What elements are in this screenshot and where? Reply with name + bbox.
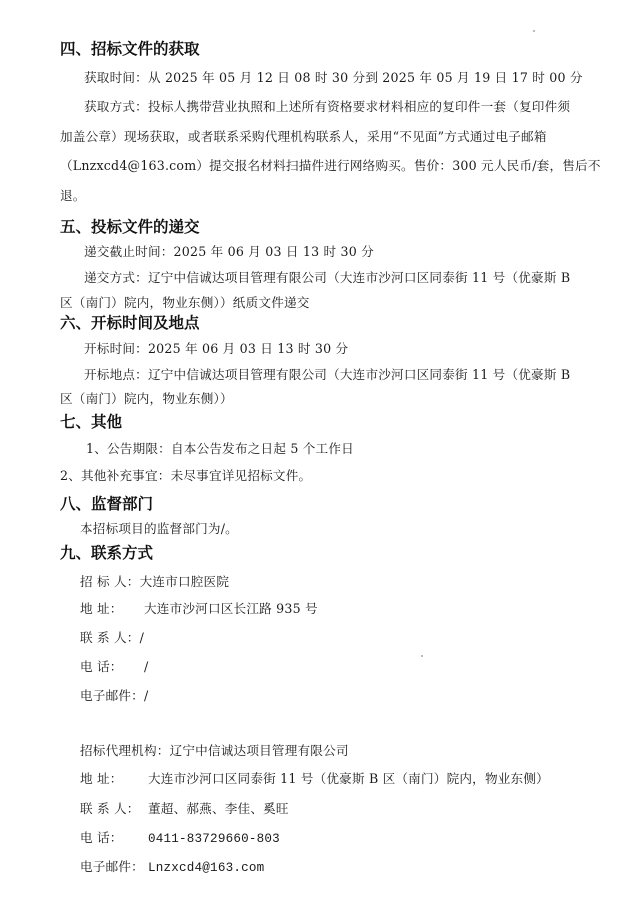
agency-phone: 0411-83729660-803 [148,832,280,846]
tenderer-address-label: 地 址： [80,601,144,617]
agency-contact-label: 联 系 人： [80,801,148,817]
agency-phone-row: 电 话：0411-83729660-803 [80,830,280,847]
agency-contact: 董超、郝燕、李佳、奚旺 [148,801,289,816]
acquisition-method-line-4: 退。 [60,188,86,204]
section-heading-9: 九、联系方式 [60,543,153,563]
section-heading-7: 七、其他 [60,412,122,432]
agency-contact-row: 联 系 人：董超、郝燕、李佳、奚旺 [80,801,289,817]
agency-email-label: 电子邮件： [80,859,148,875]
acquisition-method-line-3: （Lnzxcd4@163.com）提交报名材料扫描件进行网络购买。售价：300 … [60,158,601,174]
tenderer-name: 大连市口腔医院 [140,574,230,589]
acquisition-method-line-2: 加盖公章）现场获取，或者联系采购代理机构联系人，采用“不见面”方式通过电子邮箱 [60,129,547,145]
opening-time: 开标时间：2025 年 06 月 03 日 13 时 30 分 [84,341,348,357]
agency-phone-label: 电 话： [80,830,148,846]
scan-speck [533,30,535,32]
submission-deadline: 递交截止时间：2025 年 06 月 03 日 13 时 30 分 [84,244,374,260]
tenderer-phone-label: 电 话： [80,659,144,675]
section-heading-5: 五、投标文件的递交 [60,217,200,237]
agency-name-label: 招标代理机构： [80,743,170,758]
other-matters: 2、其他补充事宜：未尽事宜详见招标文件。 [60,468,311,484]
agency-name-row: 招标代理机构：辽宁中信诚达项目管理有限公司 [80,743,349,759]
supervision-dept: 本招标项目的监督部门为/。 [80,521,238,537]
submission-method-line-2: 区（南门）院内，物业东侧））纸质文件递交 [60,295,310,311]
section-heading-6: 六、开标时间及地点 [60,313,200,333]
tenderer-email-label: 电子邮件： [80,688,144,703]
notice-period: 1、公告期限：自本公告发布之日起 5 个工作日 [86,441,354,457]
tenderer-phone: / [144,659,148,674]
agency-address: 大连市沙河口区同泰街 11 号（优豪斯 B 区（南门）院内，物业东侧） [148,771,549,786]
agency-email: Lnzxcd4@163.com [148,861,264,875]
agency-name: 辽宁中信诚达项目管理有限公司 [170,743,349,758]
section-heading-8: 八、监督部门 [60,494,153,514]
agency-email-row: 电子邮件：Lnzxcd4@163.com [80,859,264,876]
tenderer-name-row: 招 标 人：大连市口腔医院 [80,574,229,590]
opening-location-line-2: 区（南门）院内，物业东侧）） [60,391,233,407]
agency-address-row: 地 址：大连市沙河口区同泰街 11 号（优豪斯 B 区（南门）院内，物业东侧） [80,771,549,787]
tenderer-name-label: 招 标 人： [80,574,140,589]
scan-speck [421,655,423,657]
tenderer-contact-label: 联 系 人： [80,630,140,645]
acquisition-method-line-1: 获取方式：投标人携带营业执照和上述所有资格要求材料相应的复印件一套（复印件须 [84,99,570,115]
tenderer-phone-row: 电 话：/ [80,659,148,675]
tenderer-address-row: 地 址：大连市沙河口区长江路 935 号 [80,601,318,617]
submission-method-line-1: 递交方式：辽宁中信诚达项目管理有限公司（大连市沙河口区同泰街 11 号（优豪斯 … [84,270,570,286]
tenderer-address: 大连市沙河口区长江路 935 号 [144,601,318,616]
tenderer-contact: / [140,630,144,645]
tenderer-email: / [144,688,148,703]
agency-address-label: 地 址： [80,771,148,787]
tenderer-contact-row: 联 系 人：/ [80,630,144,646]
acquisition-time: 获取时间：从 2025 年 05 月 12 日 08 时 30 分到 2025 … [84,70,583,86]
opening-location-line-1: 开标地点：辽宁中信诚达项目管理有限公司（大连市沙河口区同泰街 11 号（优豪斯 … [84,367,570,383]
section-heading-4: 四、招标文件的获取 [60,39,200,59]
tenderer-email-row: 电子邮件：/ [80,688,148,704]
